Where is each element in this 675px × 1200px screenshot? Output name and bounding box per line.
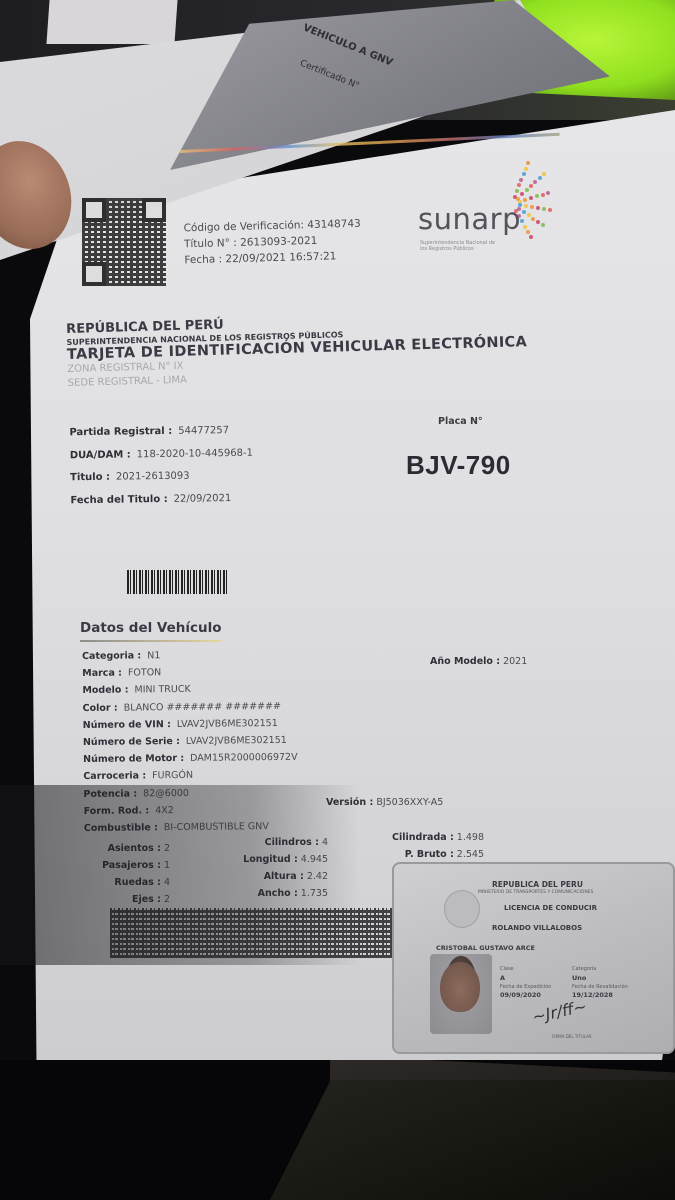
vehicle-field: Categoria : N1 [82,649,297,668]
vehicle-field-label: Categoria : [82,650,141,668]
signature-label: FIRMA DEL TITULAR [552,1034,592,1039]
registry-field: DUA/DAM : 118-2020-10-445968-1 [70,447,254,472]
registry-field-label: Partida Registral : [69,426,172,450]
vehicle-field: Marca : FOTON [82,666,297,685]
barcode-small [127,570,227,594]
document-header: REPÚBLICA DEL PERÚ SUPERINTENDENCIA NACI… [66,309,528,391]
license-face [440,962,480,1012]
license-category-value: Uno [572,974,586,982]
vehicle-field-label: Número de Motor : [83,753,184,771]
dimension-field-label: P. Bruto : [405,849,454,860]
registry-field: Fecha del Titulo : 22/09/2021 [70,492,254,517]
dimension-field: Cilindrada : 1.498 [384,832,484,849]
background-object [270,1080,675,1200]
dimension-field-value: 1.498 [457,832,484,843]
vehicle-field-value: DAM15R2000006972V [190,752,298,770]
section-underline [80,640,222,642]
vehicle-field-label: Número de VIN : [83,719,171,737]
registry-field: Titulo : 2021-2613093 [70,470,254,495]
registry-info: Partida Registral : 54477257DUA/DAM : 11… [69,425,253,518]
mtc-seal-icon [444,890,480,928]
vehicle-field: Modelo : MINI TRUCK [82,683,297,702]
qr-code [82,198,166,286]
license-issue-label: Fecha de Expedición [500,984,551,990]
dimension-field-value: 2.545 [457,849,484,860]
driver-license-card: REPUBLICA DEL PERU MINISTERIO DE TRANSPO… [392,862,675,1054]
vehicle-field-label: Marca : [82,668,122,686]
shadow [0,785,360,965]
plate-label: Placa N° [438,416,483,427]
vehicle-field-value: LVAV2JVB6ME302151 [177,718,278,736]
vehicle-field-label: Número de Serie : [83,736,180,754]
logo-wordmark: sunarp [418,202,521,236]
vehicle-field-label: Color : [83,702,118,720]
registry-field-value: 2021-2613093 [116,471,190,495]
license-class-label: Clase [500,966,514,972]
vehicle-section-title: Datos del Vehículo [80,620,222,636]
license-expiry-label: Fecha de Revalidación [572,984,628,990]
registry-field-label: Titulo : [70,472,110,495]
license-ministry: MINISTERIO DE TRANSPORTES Y COMUNICACION… [478,890,628,895]
sunarp-logo: sunarp Superintendencia Nacional de los … [418,170,568,260]
vehicle-field-value: N1 [147,650,160,667]
license-country: REPUBLICA DEL PERU [492,880,583,889]
registry-field: Partida Registral : 54477257 [69,425,253,450]
dimension-field-label: Cilindrada : [392,832,454,843]
registry-field-label: DUA/DAM : [70,449,131,472]
license-name-line2: CRISTOBAL GUSTAVO ARCE [436,944,535,952]
license-type: LICENCIA DE CONDUCIR [504,904,597,912]
vehicle-field-value: MINI TRUCK [134,684,190,702]
license-class-value: A [500,974,505,982]
vehicle-field-value: FOTON [128,667,162,685]
vehicle-field-value: LVAV2JVB6ME302151 [186,735,287,753]
license-category-label: Categoría [572,966,596,972]
background-light [46,0,177,44]
registry-field-value: 118-2020-10-445968-1 [137,447,254,471]
vehicle-field: Número de Motor : DAM15R2000006972V [83,752,298,771]
license-name-line1: ROLANDO VILLALOBOS [492,924,582,932]
registry-field-label: Fecha del Titulo : [70,493,168,517]
registry-field-value: 54477257 [178,425,229,448]
vehicle-field-value: BLANCO ####### ####### [124,700,281,719]
license-issue-value: 09/09/2020 [500,991,541,999]
anio-modelo: Año Modelo : 2021 [430,656,527,667]
plate-number: BJV-790 [406,450,511,481]
verification-block: Código de Verificación: 43148743 Título … [183,216,361,269]
signature: ~Jr/ff~ [531,996,589,1026]
logo-subtitle: Superintendencia Nacional de los Registr… [420,240,500,252]
vehicle-field-label: Modelo : [82,685,128,703]
registry-field-value: 22/09/2021 [174,493,232,516]
